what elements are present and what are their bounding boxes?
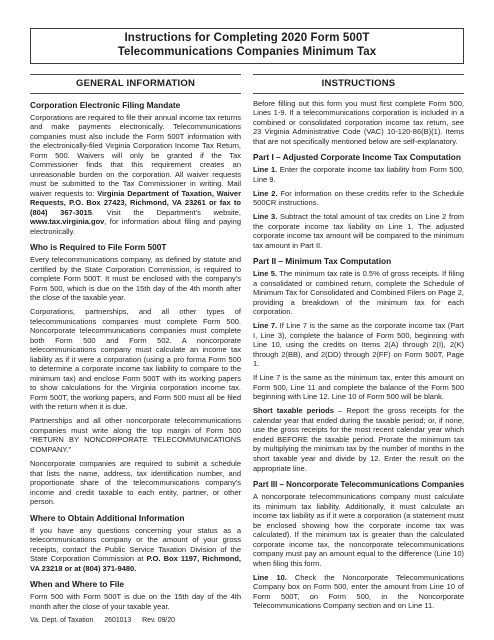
paragraph-additional-information: If you have any questions concerning you… — [30, 526, 241, 574]
text-run: Enter the corporate income tax liability… — [253, 165, 464, 184]
bold-run: Line 7. — [253, 321, 277, 330]
document-title-line2: Telecommunications Companies Minimum Tax — [35, 46, 459, 60]
paragraph-short-taxable-periods: Short taxable periods – Report the gross… — [253, 406, 464, 473]
heading-who-is-required-to-file: Who is Required to File Form 500T — [30, 242, 241, 252]
heading-when-and-where-to-file: When and Where to File — [30, 579, 241, 589]
title-box: Instructions for Completing 2020 Form 50… — [30, 28, 464, 64]
paragraph-when-and-where: Form 500 with Form 500T is due on the 15… — [30, 592, 241, 611]
instructions-content: Before filling out this form you must fi… — [253, 99, 464, 611]
bold-run: Line 10. — [253, 573, 287, 582]
text-run: If Line 7 is the same as the corporate i… — [253, 321, 464, 368]
heading-part-2: Part II – Minimum Tax Computation — [253, 256, 464, 266]
paragraph-before-filling-out: Before filling out this form you must fi… — [253, 99, 464, 147]
paragraph-line-3: Line 3. Subtract the total amount of tax… — [253, 212, 464, 250]
footer-form-number: 2601013 — [104, 617, 131, 624]
paragraph-noncorporate-schedule: Noncorporate companies are required to s… — [30, 459, 241, 507]
heading-corporation-electronic-filing-mandate: Corporation Electronic Filing Mandate — [30, 100, 241, 110]
heading-part-3: Part III – Noncorporate Telecommunicatio… — [253, 479, 455, 489]
footer-revision: Rev. 09/20 — [142, 617, 175, 624]
bold-run: Short taxable periods — [253, 406, 334, 415]
document-footer: Va. Dept. of Taxation 2601013 Rev. 09/20 — [30, 617, 175, 624]
text-run: . Visit the Department's website, — [92, 208, 241, 217]
paragraph-noncorporate-calculation: A noncorporate telecommunications compan… — [253, 492, 464, 568]
paragraph-line-7-minimum: If Line 7 is the same as the minimum tax… — [253, 373, 464, 402]
general-information-column: GENERAL INFORMATION Corporation Electron… — [30, 74, 241, 616]
text-run: Form 500 with Form 500T is due on the 15… — [30, 592, 241, 611]
text-run: Subtract the total amount of tax credits… — [253, 212, 464, 250]
instructions-header: INSTRUCTIONS — [253, 74, 464, 94]
paragraph-every-telecom-company: Every telecommunications company, as def… — [30, 255, 241, 303]
paragraph-line-10: Line 10. Check the Noncorporate Telecomm… — [253, 573, 464, 611]
text-run: If Line 7 is the same as the minimum tax… — [253, 373, 464, 401]
text-run: Corporations are required to file their … — [30, 113, 241, 198]
text-run: Corporations, partnerships, and all othe… — [30, 307, 241, 411]
general-information-content: Corporation Electronic Filing MandateCor… — [30, 100, 241, 612]
paragraph-line-2: Line 2. For information on these credits… — [253, 189, 464, 208]
general-information-header: GENERAL INFORMATION — [30, 74, 241, 94]
bold-run: Line 5. — [253, 269, 277, 278]
footer-agency: Va. Dept. of Taxation — [30, 617, 93, 624]
page: Instructions for Completing 2020 Form 50… — [0, 0, 494, 640]
document-title-line1: Instructions for Completing 2020 Form 50… — [35, 32, 459, 46]
text-run: For information on these credits refer t… — [253, 189, 464, 208]
text-run: Noncorporate companies are required to s… — [30, 459, 241, 506]
paragraph-partnerships-top-margin: Partnerships and all other noncorporate … — [30, 416, 241, 454]
bold-run: Line 3. — [253, 212, 277, 221]
heading-where-to-obtain-additional-information: Where to Obtain Additional Information — [30, 513, 241, 523]
bold-run: www.tax.virginia.gov — [30, 217, 104, 226]
paragraph-line-5: Line 5. The minimum tax rate is 0.5% of … — [253, 269, 464, 317]
columns: GENERAL INFORMATION Corporation Electron… — [30, 74, 464, 616]
heading-part-1: Part I – Adjusted Corporate Income Tax C… — [253, 152, 464, 162]
text-run: – Report the gross receipts for the cale… — [253, 406, 464, 472]
text-run: Partnerships and all other noncorporate … — [30, 416, 241, 454]
paragraph-corporations-partnerships: Corporations, partnerships, and all othe… — [30, 307, 241, 412]
instructions-column: INSTRUCTIONS Before filling out this for… — [253, 74, 464, 616]
bold-run: Line 1. — [253, 165, 277, 174]
text-run: A noncorporate telecommunications compan… — [253, 492, 464, 568]
paragraph-line-1: Line 1. Enter the corporate income tax l… — [253, 165, 464, 184]
text-run: Every telecommunications company, as def… — [30, 255, 241, 302]
paragraph-electronic-filing: Corporations are required to file their … — [30, 113, 241, 237]
bold-run: Line 2. — [253, 189, 278, 198]
paragraph-line-7: Line 7. If Line 7 is the same as the cor… — [253, 321, 464, 369]
text-run: Before filling out this form you must fi… — [253, 99, 464, 146]
text-run: The minimum tax rate is 0.5% of gross re… — [253, 269, 464, 316]
